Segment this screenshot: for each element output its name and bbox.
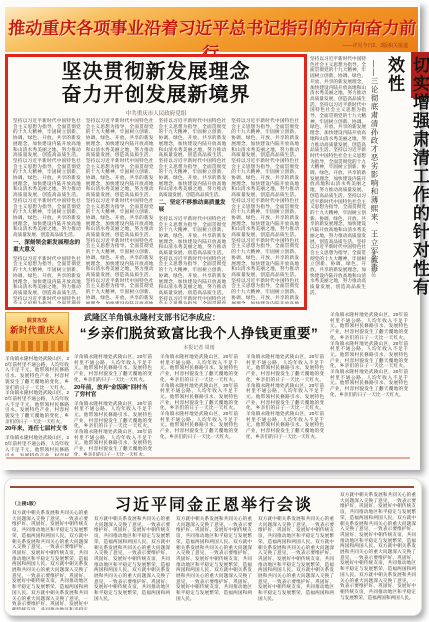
main-body-column-4: 坚持以习近平新时代中国特色社会主义思想为指导，全面贯彻党的十九大精神，牢固树立创…: [231, 118, 299, 304]
main-body-column-3: 坚持以习近平新时代中国特色社会主义思想为指导，全面贯彻党的十九大精神，牢固树立创…: [159, 118, 227, 304]
masthead-banner: 推动重庆各项事业沿着习近平总书记指引的方向奋力前行 ——详见今日2、3版相关报道: [5, 7, 418, 52]
feature-body-column-1: 羊角镇永隆村地处武陵山区，20年前村里不通公路，人均年收入不足千元。他带领村民修…: [5, 356, 69, 456]
feature-byline: 本报记者 周雨: [74, 344, 324, 351]
newspaper-page: 推动重庆各项事业沿着习近平总书记指引的方向奋力前行 ——详见今日2、3版相关报道…: [0, 0, 429, 622]
skyline-graphic: [6, 341, 68, 351]
feature-body-column-4: 羊角镇永隆村地处武陵山区，20年前村里不通公路，人均年收入不足千元。他带领村民修…: [246, 354, 324, 456]
feature-subhead-1: 20年来，连任七届村支书: [5, 426, 69, 433]
commentary-vertical-headline: 切实增强肃清工作的针对性有效性: [382, 56, 429, 308]
feature-body-column-3: 羊角镇永隆村地处武陵山区，20年前村里不通公路，人均年收入不足千元。他带领村民修…: [160, 354, 238, 456]
banner-note: ——详见今日2、3版相关报道: [342, 42, 408, 49]
news-body-column-3: 双方就中朝关系发展和共同关心的重大问题深入交换了意见，一致表示要维护好、巩固好、…: [176, 516, 252, 610]
main-body-column-2: 坚持以习近平新时代中国特色社会主义思想为指导，全面贯彻党的十九大精神，牢固树立创…: [86, 118, 154, 304]
column-badge-tag: 脱贫攻坚: [6, 317, 68, 324]
feature-body-column-2: 羊角镇永隆村地处武陵山区，20年前村里不通公路，人均年收入不足千元。他带领村民修…: [74, 354, 152, 456]
feature-subhead-2: 20年前，放弃“金饭碗”回村当了穷村官: [74, 385, 152, 399]
bottom-headline: 习近平同金正恩举行会谈: [94, 492, 334, 515]
news-body-column-5: 双方就中朝关系发展和共同关心的重大问题深入交换了意见，一致表示要维护好、巩固好、…: [340, 492, 416, 610]
main-headline-line1: 坚决贯彻新发展理念: [8, 61, 304, 84]
commentary-article: 坚持以习近平新时代中国特色社会主义思想为指导，全面贯彻党的十九大精神，牢固树立创…: [310, 56, 410, 308]
column-badge: 脱贫攻坚 新时代重庆人: [5, 312, 69, 352]
main-body-column-1: 坚持以习近平新时代中国特色社会主义思想为指导，全面贯彻党的十九大精神，牢固树立创…: [13, 118, 81, 304]
main-headline-line2: 奋力开创发展新境界: [8, 84, 304, 107]
commentary-byline: 本报评论员: [370, 252, 377, 277]
main-article-box: 坚决贯彻新发展理念 奋力开创发展新境界 中共重庆市人民政府党组 坚持以习近平新时…: [5, 54, 307, 310]
news-body-column-4: 双方就中朝关系发展和共同关心的重大问题深入交换了意见，一致表示要维护好、巩固好、…: [258, 516, 334, 610]
main-article-body: 坚持以习近平新时代中国特色社会主义思想为指导，全面贯彻党的十九大精神，牢固树立创…: [13, 118, 299, 304]
main-subhead-2: 二、坚定不移推动高质量发展: [159, 200, 227, 214]
bottom-article-rule: [10, 486, 414, 488]
commentary-body-column: 坚持以习近平新时代中国特色社会主义思想为指导，全面贯彻党的十九大精神，牢固树立创…: [310, 56, 366, 306]
main-article-byline: 中共重庆市人民政府党组: [8, 109, 304, 117]
news-body-column-1: （上接1版） 双方就中朝关系发展和共同关心的重大问题深入交换了意见，一致表示要维…: [12, 492, 88, 610]
feature-body-column-5: 羊角镇永隆村地处武陵山区，20年前村里不通公路，人均年收入不足千元。他带领村民修…: [330, 312, 408, 456]
sheet-bottom-edge-line: [6, 457, 410, 459]
main-subhead-1: 一、深刻领会新发展理念的重大意义: [13, 240, 81, 254]
news-body-column-2: 双方就中朝关系发展和共同关心的重大问题深入交换了意见，一致表示要维护好、巩固好、…: [94, 516, 170, 610]
continued-note: （上接1版）: [12, 502, 39, 507]
feature-headline: “乡亲们脱贫致富比我个人挣钱更重要”: [74, 322, 324, 342]
feature-body: 羊角镇永隆村地处武陵山区，20年前村里不通公路，人均年收入不足千元。他带领村民修…: [74, 354, 324, 456]
column-badge-title: 新时代重庆人: [6, 324, 68, 336]
